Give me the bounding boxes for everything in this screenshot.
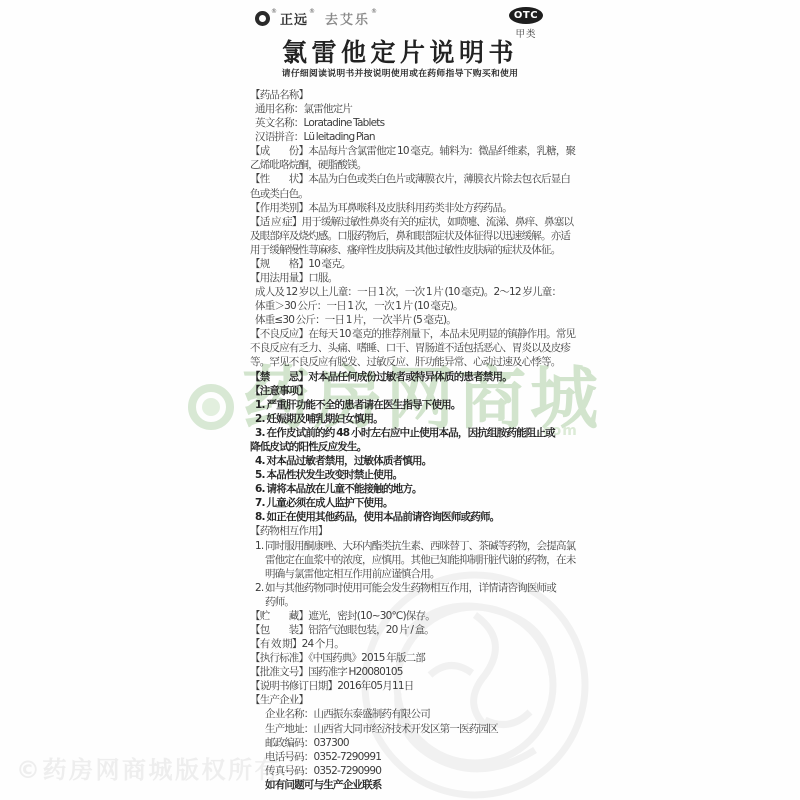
doc-line: 【有 效 期】24 个月。 bbox=[250, 637, 570, 651]
doc-line: 等。罕见不良反应有脱发、过敏反应、肝功能异常、心动过速及心悸等。 bbox=[250, 355, 570, 369]
doc-line: 色或类白色。 bbox=[250, 187, 570, 201]
doc-line: 【执行标准】《中国药典》2015 年版二部 bbox=[250, 651, 570, 665]
doc-line: 【不良反应】在每天 10 毫克的推荐剂量下，本品未见明显的镇静作用。常见 bbox=[250, 327, 570, 341]
doc-line: 2. 妊娠期及哺乳期妇女慎用。 bbox=[250, 412, 570, 426]
doc-line: 3. 在作皮试前的约 48 小时左右应中止使用本品，因抗组胺药能阻止或 bbox=[250, 426, 570, 440]
otc-oval-icon: OTC bbox=[509, 7, 543, 24]
doc-line: 生产地址：山西省大同市经济技术开发区第一医药园区 bbox=[250, 722, 570, 736]
page-title: 氯雷他定片说明书 bbox=[0, 33, 800, 69]
doc-line: 体重≤30 公斤：一日 1 片，一次半片 (5 毫克)。 bbox=[250, 313, 570, 327]
doc-line: 降低皮试的阳性反应发生。 bbox=[250, 440, 570, 454]
doc-line: 1. 同时服用酮康唑、大环内酯类抗生素、西咪替丁、茶碱等药物，会提高氯 bbox=[250, 539, 570, 553]
doc-line: 【生产企业】 bbox=[250, 693, 570, 707]
registered-mark-icon: ® bbox=[309, 8, 315, 15]
registered-mark-icon: ® bbox=[271, 8, 277, 15]
doc-line: 【适 应 症】用于缓解过敏性鼻炎有关的症状，如喷嚏、流涕、鼻痒、鼻塞以 bbox=[250, 215, 570, 229]
doc-line: 药师。 bbox=[250, 595, 570, 609]
doc-line: 汉语拼音：Lü leitading Pian bbox=[250, 130, 570, 144]
brand-ring-logo-icon bbox=[255, 11, 270, 26]
doc-line: 传真号码：0352-7290990 bbox=[250, 764, 570, 778]
watermark-shop-logo-icon bbox=[188, 384, 234, 430]
doc-line: 乙烯吡咯烷酮，硬脂酸镁。 bbox=[250, 158, 570, 172]
watermark-copyright: ©药房网商城版权所有 bbox=[16, 750, 281, 785]
doc-line: 雷他定在血浆中的浓度，应慎用。其他已知能抑制肝脏代谢的药物，在未 bbox=[250, 553, 570, 567]
doc-line: 明确与氯雷他定相互作用前应谨慎合用。 bbox=[250, 567, 570, 581]
doc-line: 电话号码：0352-7290991 bbox=[250, 750, 570, 764]
doc-line: 体重＞30 公斤：一日 1 次，一次 1 片 (10 毫克)。 bbox=[250, 299, 570, 313]
registered-mark-icon: ® bbox=[371, 8, 377, 15]
doc-line: 【成 份】本品每片含氯雷他定 10 毫克。辅料为：微晶纤维素，乳糖，聚 bbox=[250, 144, 570, 158]
brand-name-primary: 正远 bbox=[280, 9, 308, 28]
doc-line: 企业名称：山西振东泰盛制药有限公司 bbox=[250, 707, 570, 721]
doc-line: 及眼部痒及烧灼感。口服药物后，鼻和眼部症状及体征得以迅速缓解。亦适 bbox=[250, 229, 570, 243]
leaflet-body: 【药品名称】通用名称：氯雷他定片英文名称：Loratadine Tablets汉… bbox=[250, 88, 570, 792]
brand-row: ® 正远 ® 去艾乐 ® bbox=[255, 9, 378, 28]
doc-line: 通用名称：氯雷他定片 bbox=[250, 102, 570, 116]
doc-line: 【药物相互作用】 bbox=[250, 524, 570, 538]
doc-line: 不良反应有乏力、头痛、嗜睡、口干、胃肠道不适包括恶心、胃炎以及皮疹 bbox=[250, 341, 570, 355]
doc-line: 成人及 12 岁以上儿童：一日 1 次，一次 1 片 (10 毫克)。2～12 … bbox=[250, 285, 570, 299]
doc-line: 【说明书修订日期】2016年05月11日 bbox=[250, 679, 570, 693]
doc-line: 【规 格】10 毫克。 bbox=[250, 257, 570, 271]
doc-line: 1. 严重肝功能不全的患者请在医生指导下使用。 bbox=[250, 398, 570, 412]
doc-line: 【作用类别】本品为耳鼻喉科及皮肤科用药类非处方药药品。 bbox=[250, 201, 570, 215]
doc-line: 2. 如与其他药物同时使用可能会发生药物相互作用，详情请咨询医师或 bbox=[250, 581, 570, 595]
doc-line: 4. 对本品过敏者禁用，过敏体质者慎用。 bbox=[250, 454, 570, 468]
doc-line: 用于缓解慢性荨麻疹、瘙痒性皮肤病及其他过敏性皮肤病的症状及体征。 bbox=[250, 243, 570, 257]
doc-line: 【用法用量】口服。 bbox=[250, 271, 570, 285]
doc-line: 【性 状】本品为白色或类白色片或薄膜衣片，薄膜衣片除去包衣后显白 bbox=[250, 172, 570, 186]
doc-line: 【药品名称】 bbox=[250, 88, 570, 102]
doc-line: 如有问题可与生产企业联系 bbox=[250, 778, 570, 792]
doc-line: 邮政编码：037300 bbox=[250, 736, 570, 750]
drug-leaflet-page: 药房网商城 .com ©药房网商城版权所有 ® 正远 ® 去艾乐 ® OTC 甲… bbox=[0, 0, 800, 800]
doc-line: 【包 装】铝箔气泡眼包装，20 片 / 盒。 bbox=[250, 623, 570, 637]
doc-line: 6. 请将本品放在儿童不能接触的地方。 bbox=[250, 482, 570, 496]
doc-line: 5. 本品性状发生改变时禁止使用。 bbox=[250, 468, 570, 482]
doc-line: 【禁 忌】对本品任何成份过敏者或特异体质的患者禁用。 bbox=[250, 370, 570, 384]
brand-name-secondary: 去艾乐 bbox=[325, 9, 370, 28]
page-subtitle: 请仔细阅读说明书并按说明使用或在药师指导下购买和使用 bbox=[0, 66, 800, 79]
doc-line: 【批准文号】国药准字 H20080105 bbox=[250, 665, 570, 679]
doc-line: 英文名称：Loratadine Tablets bbox=[250, 116, 570, 130]
doc-line: 8. 如正在使用其他药品，使用本品前请咨询医师或药师。 bbox=[250, 510, 570, 524]
doc-line: 【贮 藏】遮光，密封(10~30℃)保存。 bbox=[250, 609, 570, 623]
doc-line: 7. 儿童必须在成人监护下使用。 bbox=[250, 496, 570, 510]
doc-line: 【注意事项】 bbox=[250, 384, 570, 398]
